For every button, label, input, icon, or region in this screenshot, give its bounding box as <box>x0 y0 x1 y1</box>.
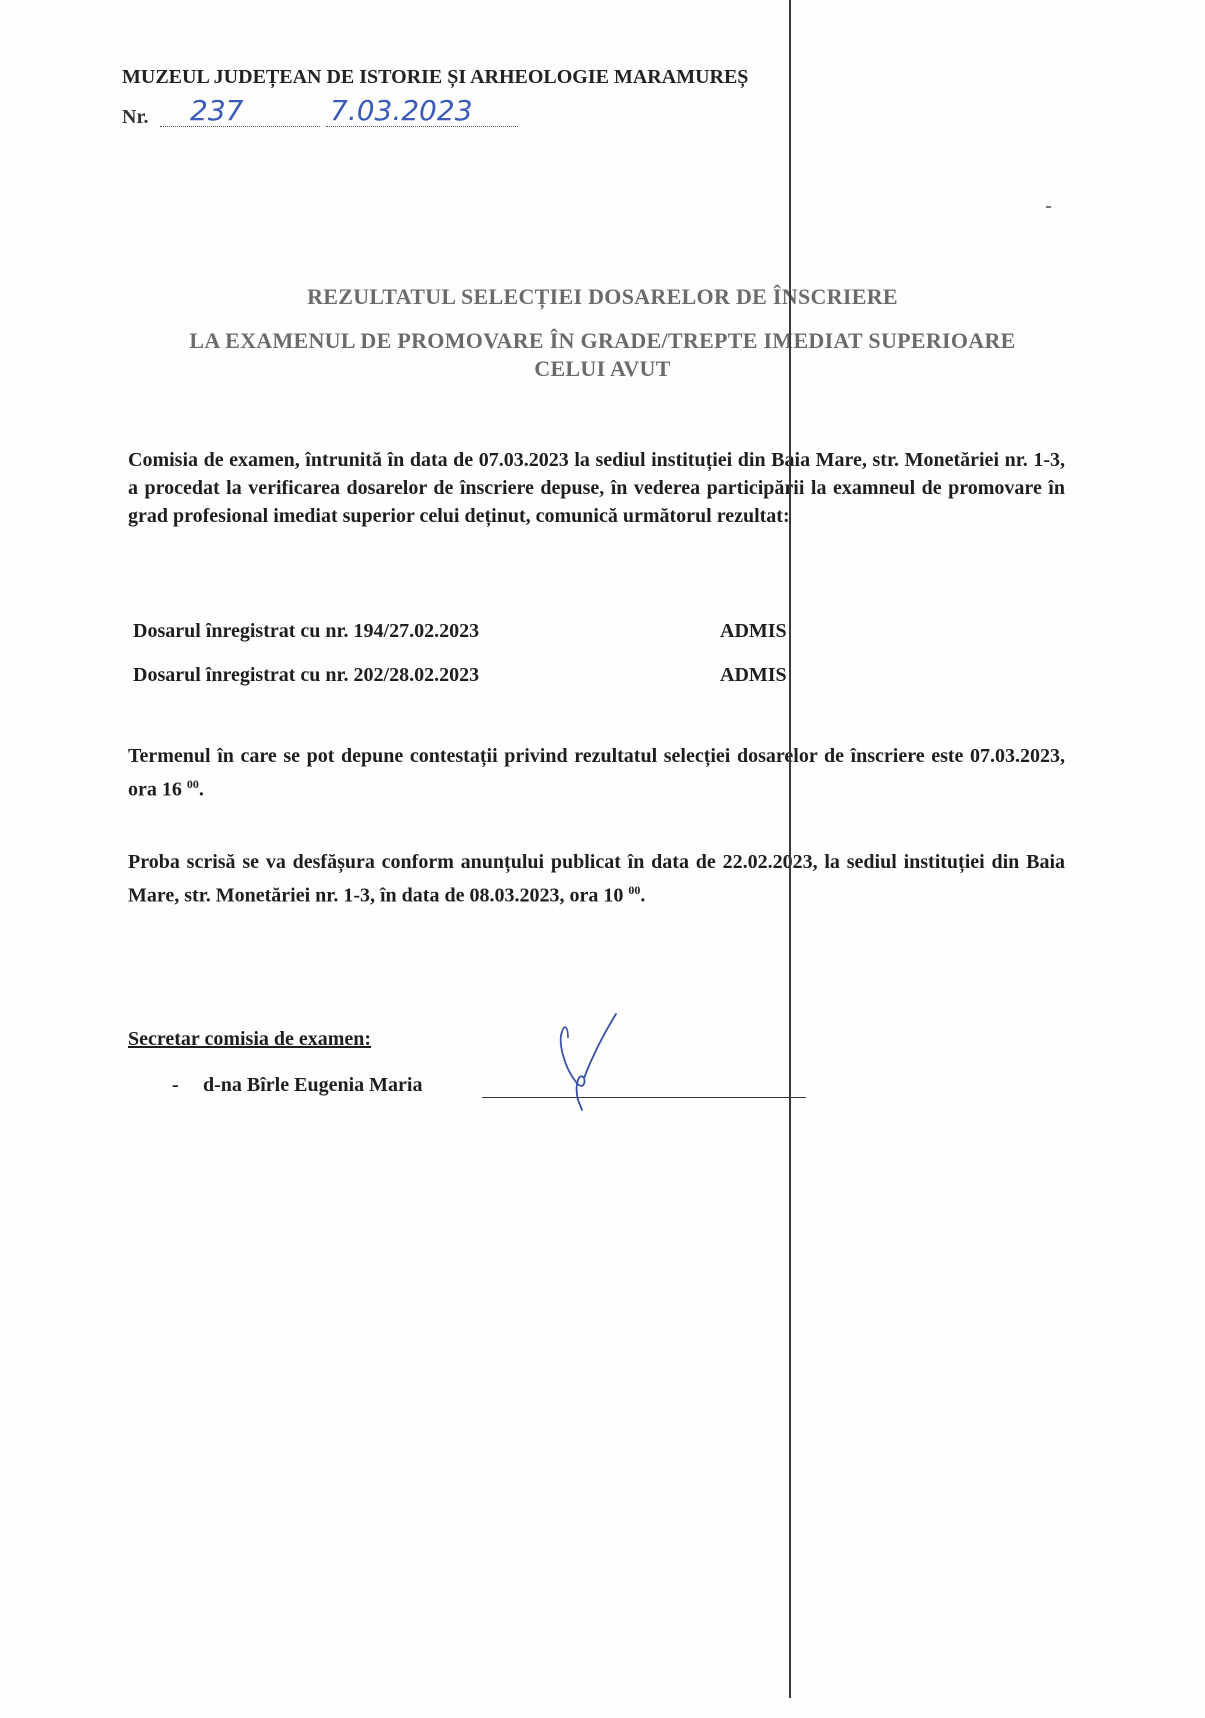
list-dash: - <box>172 1074 179 1097</box>
handwritten-signature <box>556 1012 626 1112</box>
exam-end: . <box>640 885 645 907</box>
intro-paragraph: Comisia de examen, întrunită în data de … <box>128 446 1065 530</box>
result-status: ADMIS <box>720 620 787 643</box>
scan-fold-line <box>789 0 791 1698</box>
secretary-title: Secretar comisia de examen: <box>128 1028 371 1051</box>
institution-name: MUZEUL JUDEȚEAN DE ISTORIE ȘI ARHEOLOGIE… <box>122 66 748 89</box>
scan-speck <box>1046 206 1051 208</box>
registration-label: Nr. <box>122 106 148 129</box>
exam-text: Proba scrisă se va desfășura conform anu… <box>128 851 1065 907</box>
contest-text: Termenul în care se pot depune contestaț… <box>128 745 1065 801</box>
registration-number-field: 237 <box>160 96 320 127</box>
document-title-line1: REZULTATUL SELECȚIEI DOSARELOR DE ÎNSCRI… <box>0 284 1205 310</box>
result-file-label: Dosarul înregistrat cu nr. 194/27.02.202… <box>133 620 479 643</box>
secretary-name: d-na Bîrle Eugenia Maria <box>203 1074 422 1097</box>
contest-end: . <box>199 779 204 801</box>
exam-paragraph: Proba scrisă se va desfășura conform anu… <box>128 848 1065 910</box>
contest-paragraph: Termenul în care se pot depune contestaț… <box>128 742 1065 804</box>
document-page: MUZEUL JUDEȚEAN DE ISTORIE ȘI ARHEOLOGIE… <box>0 0 1205 1718</box>
document-title-line2: LA EXAMENUL DE PROMOVARE ÎN GRADE/TREPTE… <box>0 328 1205 354</box>
contest-time-superscript: 00 <box>187 777 199 791</box>
signature-line <box>482 1097 806 1098</box>
document-title-line3: CELUI AVUT <box>0 356 1205 382</box>
exam-time-superscript: 00 <box>628 883 640 897</box>
registration-number: 237 <box>190 94 243 127</box>
registration-date: 7.03.2023 <box>330 94 473 127</box>
result-status: ADMIS <box>720 664 787 687</box>
registration-date-field: 7.03.2023 <box>326 96 518 127</box>
result-file-label: Dosarul înregistrat cu nr. 202/28.02.202… <box>133 664 479 687</box>
